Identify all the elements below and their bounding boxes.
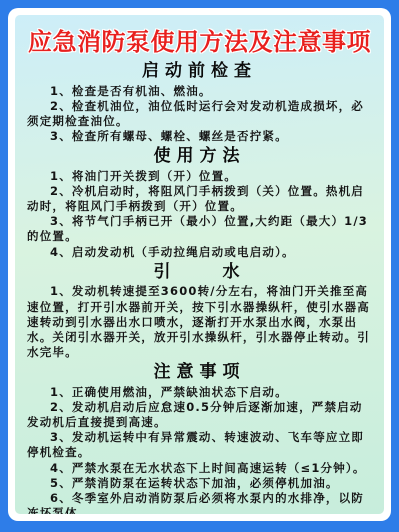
instruction-item: 1、检查是否有机油、燃油。 xyxy=(27,84,372,99)
instruction-item: 2、冷机启动时，将阻风门手柄拨到（关）位置。热机启动时，将阻风门手柄拨到（开）位… xyxy=(27,184,372,214)
instruction-item: 4、严禁水泵在无水状态下上时间高速运转（≤1分钟）。 xyxy=(27,461,372,476)
section-heading: 启动前检查 xyxy=(27,62,372,82)
instruction-item: 5、严禁消防泵在运转状态下加油，必须停机加油。 xyxy=(27,476,372,491)
instruction-item: 2、检查机油位，油位低时运行会对发动机造成损坏，必须定期检查油位。 xyxy=(27,99,372,129)
instruction-item: 6、冬季室外启动消防泵后必须将水泵内的水排净，以防冻坏泵体。 xyxy=(27,491,372,514)
section-pre-start-check: 启动前检查 1、检查是否有机油、燃油。 2、检查机油位，油位低时运行会对发动机造… xyxy=(27,62,372,144)
section-heading: 使用方法 xyxy=(27,147,372,167)
poster: 应急消防泵使用方法及注意事项 启动前检查 1、检查是否有机油、燃油。 2、检查机… xyxy=(0,0,399,532)
section-heading: 引 水 xyxy=(27,263,372,283)
section-heading: 注意事项 xyxy=(27,363,372,383)
instruction-item: 1、正确使用燃油，严禁缺油状态下启动。 xyxy=(27,385,372,400)
instruction-item: 1、发动机转速提至3600转/分左右，将油门开关推至高速位置，打开引水器前开关，… xyxy=(27,284,372,360)
instruction-item: 2、发动机启动后应怠速0.5分钟后逐渐加速，严禁启动发动机后直接提到高速。 xyxy=(27,400,372,430)
instruction-item: 3、检查所有螺母、螺栓、螺丝是否拧紧。 xyxy=(27,129,372,144)
section-priming-water: 引 水 1、发动机转速提至3600转/分左右，将油门开关推至高速位置，打开引水器… xyxy=(27,263,372,360)
poster-content: 应急消防泵使用方法及注意事项 启动前检查 1、检查是否有机油、燃油。 2、检查机… xyxy=(15,15,384,514)
poster-title: 应急消防泵使用方法及注意事项 xyxy=(27,22,372,57)
section-usage-method: 使用方法 1、将油门开关拨到（开）位置。 2、冷机启动时，将阻风门手柄拨到（关）… xyxy=(27,147,372,260)
poster-frame: 应急消防泵使用方法及注意事项 启动前检查 1、检查是否有机油、燃油。 2、检查机… xyxy=(8,8,391,521)
instruction-item: 3、将节气门手柄已开（最小）位置,大约距（最大）1/3的位置。 xyxy=(27,214,372,244)
instruction-item: 4、启动发动机（手动拉绳启动或电启动）。 xyxy=(27,245,372,260)
section-precautions: 注意事项 1、正确使用燃油，严禁缺油状态下启动。 2、发动机启动后应怠速0.5分… xyxy=(27,363,372,514)
instruction-item: 3、发动机运转中有异常震动、转速波动、飞车等应立即停机检查。 xyxy=(27,430,372,460)
instruction-item: 1、将油门开关拨到（开）位置。 xyxy=(27,169,372,184)
